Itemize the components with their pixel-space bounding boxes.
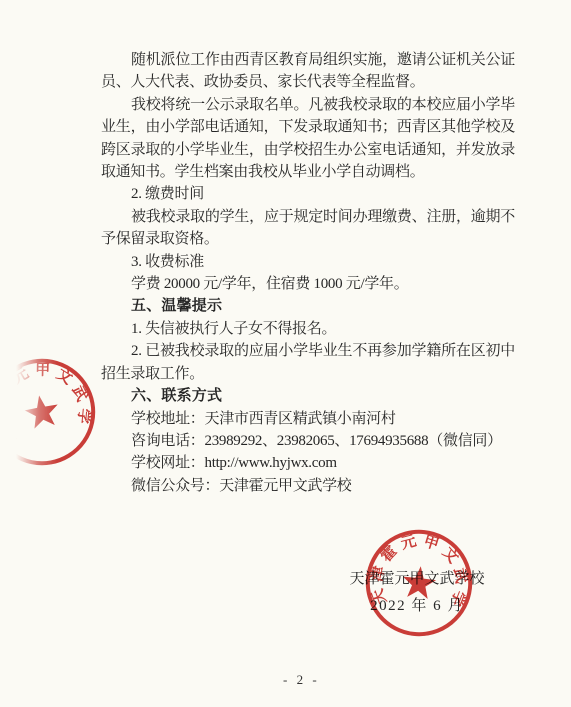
seal-ring	[0, 353, 101, 472]
item-payment-time-title: 2. 缴费时间	[101, 183, 515, 205]
paragraph-lottery: 随机派位工作由西青区教育局组织实施，邀请公证机关公证员、人大代表、政协委员、家长…	[101, 49, 515, 94]
section-heading-contact: 六、联系方式	[101, 385, 515, 407]
document-body: 随机派位工作由西青区教育局组织实施，邀请公证机关公证员、人大代表、政协委员、家长…	[101, 49, 515, 497]
page-number: - 2 -	[283, 672, 320, 688]
paragraph-payment-time: 被我校录取的学生，应于规定时间办理缴费、注册，逾期不予保留录取资格。	[101, 206, 515, 251]
document-page: 随机派位工作由西青区教育局组织实施，邀请公证机关公证员、人大代表、政协委员、家长…	[0, 0, 571, 707]
partial-seal-stamp: 天津霍元甲文武学校	[0, 347, 107, 477]
signature-block: 天津霍元甲文武学校 2022 年 6 月	[338, 566, 496, 620]
svg-text:天津霍元甲文武学校: 天津霍元甲文武学校	[0, 347, 97, 451]
contact-phone: 咨询电话：23989292、23982065、17694935688（微信同）	[101, 430, 515, 452]
star-icon	[23, 393, 61, 430]
signature-school-name: 天津霍元甲文武学校	[338, 566, 496, 593]
contact-wechat: 微信公众号：天津霍元甲文武学校	[101, 475, 515, 497]
signature-date: 2022 年 6 月	[338, 593, 496, 620]
paragraph-reminder-1: 1. 失信被执行人子女不得报名。	[101, 318, 515, 340]
seal-circular-text: 天津霍元甲文武学校	[0, 347, 97, 451]
paragraph-fee-standard: 学费 20000 元/学年，住宿费 1000 元/学年。	[101, 273, 515, 295]
paragraph-admission-list: 我校将统一公示录取名单。凡被我校录取的本校应届小学毕业生，由小学部电话通知，下发…	[101, 94, 515, 184]
contact-address: 学校地址：天津市西青区精武镇小南河村	[101, 408, 515, 430]
seal-graphic: 天津霍元甲文武学校	[0, 347, 107, 477]
item-fee-standard-title: 3. 收费标准	[101, 251, 515, 273]
contact-website: 学校网址：http://www.hyjwx.com	[101, 452, 515, 474]
section-heading-reminders: 五、温馨提示	[101, 295, 515, 317]
paragraph-reminder-2: 2. 已被我校录取的应届小学毕业生不再参加学籍所在区初中招生录取工作。	[101, 340, 515, 385]
